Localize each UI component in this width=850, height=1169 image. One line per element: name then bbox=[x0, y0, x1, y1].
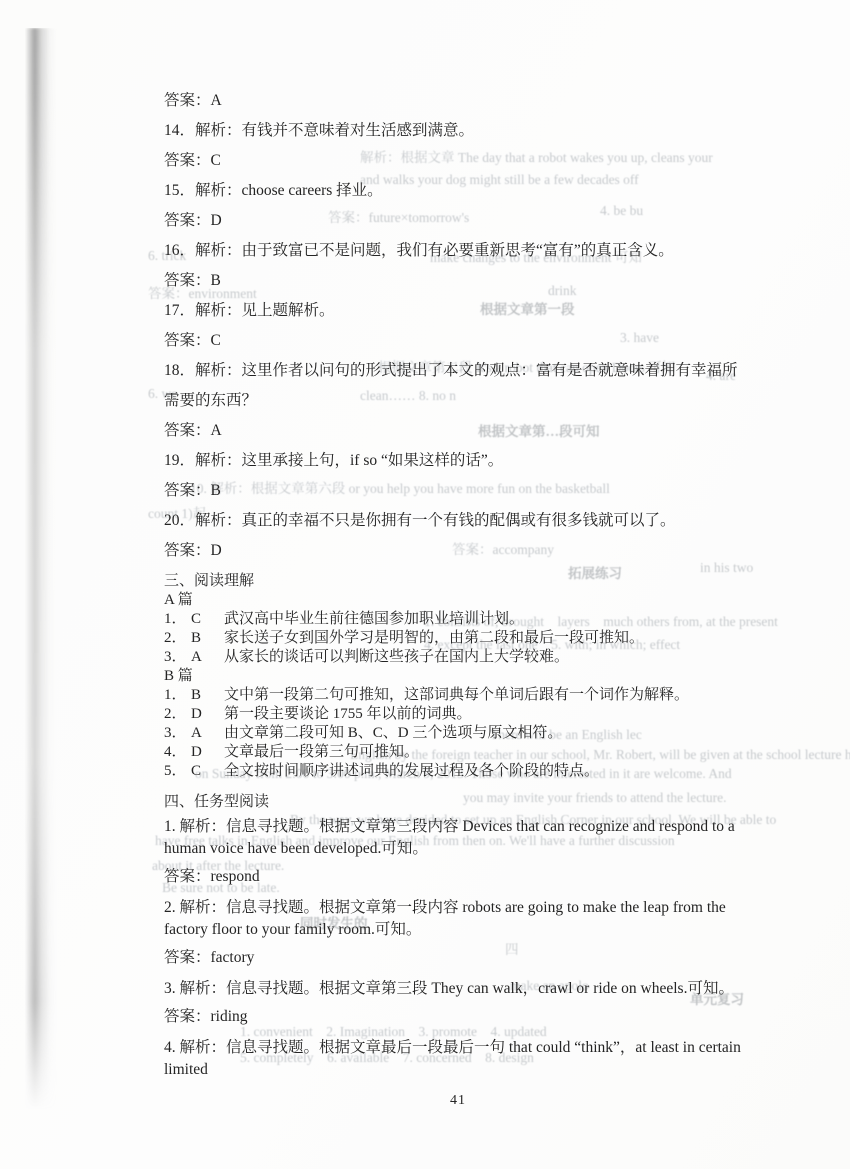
section-heading-reading: 三、阅读理解 bbox=[164, 572, 752, 591]
task-block: 2. 解析：信息寻找题。根据文章第一段内容 robots are going t… bbox=[164, 897, 752, 968]
item-explanation: 全文按时间顺序讲述词典的发展过程及各个阶段的特点。 bbox=[224, 762, 752, 781]
item-explanation: 由文章第二段可知 B、C、D 三个选项与原文相符。 bbox=[224, 724, 752, 743]
item-answer-letter: B bbox=[191, 629, 224, 648]
reading-row: 3． A 从家长的谈话可以判断这些孩子在国内上大学较难。 bbox=[164, 648, 752, 667]
item-explanation: B 篇 bbox=[164, 667, 752, 686]
cloze-line: 19．解析：这里承接上句，if so “如果这样的话”。 bbox=[164, 446, 752, 476]
cloze-line: 答案：C bbox=[164, 326, 752, 356]
scanned-exam-answer-page: { "page": { "number": "41" }, "cloze": {… bbox=[0, 0, 850, 1169]
reading-row: 1． B 文中第一段第二句可推知，这部词典每个单词后跟有一个词作为解释。 bbox=[164, 686, 752, 705]
item-number: 3． bbox=[164, 648, 191, 667]
page-spine-shadow bbox=[25, 28, 57, 1110]
reading-row: 5． C 全文按时间顺序讲述词典的发展过程及各个阶段的特点。 bbox=[164, 762, 752, 781]
item-explanation: A 篇 bbox=[164, 591, 752, 610]
cloze-line: 答案：B bbox=[164, 266, 752, 296]
cloze-line: 答案：D bbox=[164, 536, 752, 566]
item-number: 3． bbox=[164, 724, 191, 743]
item-number: 4． bbox=[164, 743, 191, 762]
task-analysis: 2. 解析：信息寻找题。根据文章第一段内容 robots are going t… bbox=[164, 897, 752, 941]
cloze-line: 14．解析：有钱并不意味着对生活感到满意。 bbox=[164, 116, 752, 146]
reading-row: 1． C 武汉高中毕业生前往德国参加职业培训计划。 bbox=[164, 610, 752, 629]
task-block-list: 1. 解析：信息寻找题。根据文章第三段内容 Devices that can r… bbox=[164, 816, 752, 1081]
task-analysis: 3. 解析：信息寻找题。根据文章第三段 They can walk，crawl … bbox=[164, 978, 752, 1000]
reading-row: B 篇 bbox=[164, 667, 752, 686]
reading-answer-list: A 篇 1． C 武汉高中毕业生前往德国参加职业培训计划。 2． B 家长送子女… bbox=[164, 591, 752, 781]
task-block: 1. 解析：信息寻找题。根据文章第三段内容 Devices that can r… bbox=[164, 816, 752, 887]
cloze-line: 答案：D bbox=[164, 206, 752, 236]
item-answer-letter: D bbox=[191, 705, 224, 724]
reading-comprehension-section: 三、阅读理解 A 篇 1． C 武汉高中毕业生前往德国参加职业培训计划。 2． … bbox=[164, 572, 752, 781]
section-heading-task-reading: 四、任务型阅读 bbox=[164, 793, 752, 812]
task-answer: 答案：respond bbox=[164, 867, 752, 887]
cloze-line: 16．解析：由于致富已不是问题，我们有必要重新思考“富有”的真正含义。 bbox=[164, 236, 752, 266]
task-analysis: 1. 解析：信息寻找题。根据文章第三段内容 Devices that can r… bbox=[164, 816, 752, 860]
cloze-line: 17．解析：见上题解析。 bbox=[164, 296, 752, 326]
item-number: 2． bbox=[164, 629, 191, 648]
reading-row: 3． A 由文章第二段可知 B、C、D 三个选项与原文相符。 bbox=[164, 724, 752, 743]
cloze-line: 答案：B bbox=[164, 476, 752, 506]
task-answer: 答案：riding bbox=[164, 1007, 752, 1027]
task-reading-section: 四、任务型阅读 1. 解析：信息寻找题。根据文章第三段内容 Devices th… bbox=[164, 793, 752, 1109]
item-answer-letter: D bbox=[191, 743, 224, 762]
reading-row: A 篇 bbox=[164, 591, 752, 610]
task-block: 4. 解析：信息寻找题。根据文章最后一段最后一句 that could “thi… bbox=[164, 1037, 752, 1081]
task-analysis: 4. 解析：信息寻找题。根据文章最后一段最后一句 that could “thi… bbox=[164, 1037, 752, 1081]
cloze-line: 答案：A bbox=[164, 86, 752, 116]
item-answer-letter: A bbox=[191, 724, 224, 743]
cloze-answer-list: 答案：A14．解析：有钱并不意味着对生活感到满意。答案：C15．解析：choos… bbox=[164, 86, 752, 566]
task-answer: 答案：factory bbox=[164, 948, 752, 968]
reading-row: 2． B 家长送子女到国外学习是明智的，由第二段和最后一段可推知。 bbox=[164, 629, 752, 648]
cloze-line: 20．解析：真正的幸福不只是你拥有一个有钱的配偶或有很多钱就可以了。 bbox=[164, 506, 752, 536]
item-explanation: 第一段主要谈论 1755 年以前的词典。 bbox=[224, 705, 752, 724]
item-explanation: 文中第一段第二句可推知，这部词典每个单词后跟有一个词作为解释。 bbox=[224, 686, 752, 705]
item-answer-letter: A bbox=[191, 648, 224, 667]
cloze-line: 答案：A bbox=[164, 416, 752, 446]
cloze-line: 答案：C bbox=[164, 146, 752, 176]
item-number: 2． bbox=[164, 705, 191, 724]
item-answer-letter: C bbox=[191, 610, 224, 629]
item-answer-letter: B bbox=[191, 686, 224, 705]
item-number: 1． bbox=[164, 686, 191, 705]
page-number: 41 bbox=[164, 1093, 752, 1109]
item-explanation: 家长送子女到国外学习是明智的，由第二段和最后一段可推知。 bbox=[224, 629, 752, 648]
page-content: 答案：A14．解析：有钱并不意味着对生活感到满意。答案：C15．解析：choos… bbox=[164, 86, 752, 1109]
task-block: 3. 解析：信息寻找题。根据文章第三段 They can walk，crawl … bbox=[164, 978, 752, 1027]
reading-row: 4． D 文章最后一段第三句可推知。 bbox=[164, 743, 752, 762]
item-explanation: 武汉高中毕业生前往德国参加职业培训计划。 bbox=[224, 610, 752, 629]
cloze-line: 18．解析：这里作者以问句的形式提出了本文的观点：富有是否就意味着拥有幸福所需要… bbox=[164, 356, 752, 416]
item-answer-letter: C bbox=[191, 762, 224, 781]
item-explanation: 文章最后一段第三句可推知。 bbox=[224, 743, 752, 762]
cloze-line: 15．解析：choose careers 择业。 bbox=[164, 176, 752, 206]
item-number: 1． bbox=[164, 610, 191, 629]
item-explanation: 从家长的谈话可以判断这些孩子在国内上大学较难。 bbox=[224, 648, 752, 667]
reading-row: 2． D 第一段主要谈论 1755 年以前的词典。 bbox=[164, 705, 752, 724]
item-number: 5． bbox=[164, 762, 191, 781]
